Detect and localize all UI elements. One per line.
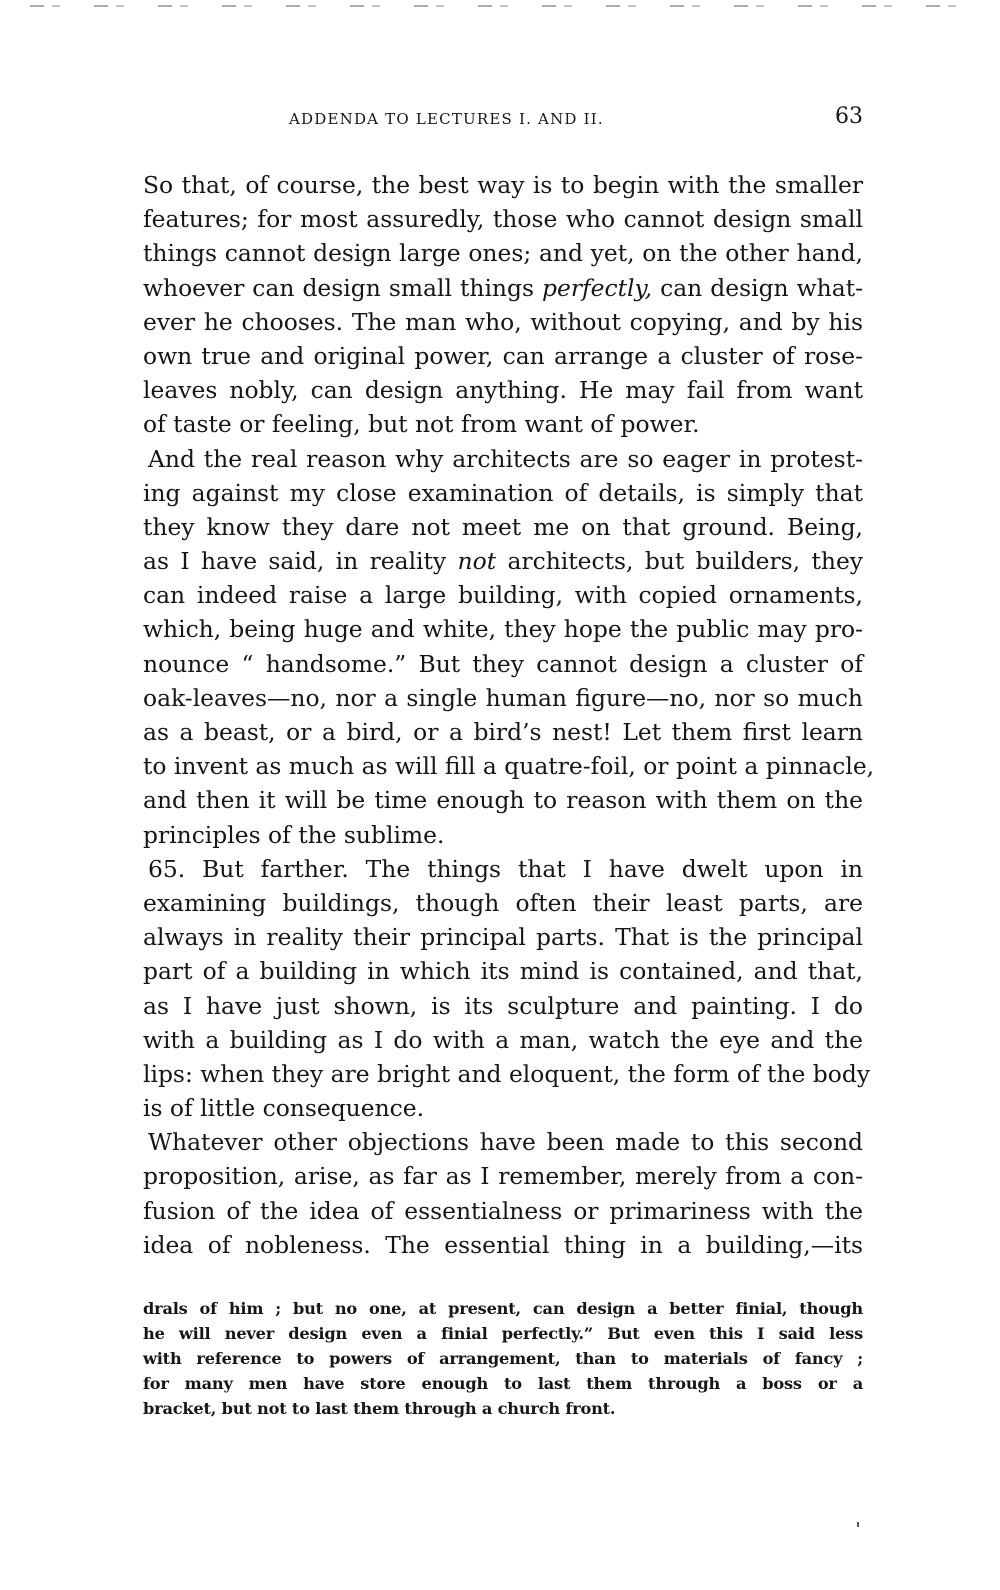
- footnote-line: for many men have store enough to last t…: [143, 1371, 863, 1396]
- text-line: features; for most assuredly, those who …: [143, 202, 863, 236]
- text-line: ever he chooses. The man who, without co…: [143, 305, 863, 339]
- text-line: to invent as much as will fill a quatre-…: [143, 749, 863, 783]
- text-line: as I have said, in reality not architect…: [143, 544, 863, 578]
- emphasis: perfectly,: [542, 274, 652, 302]
- text-line: part of a building in which its mind is …: [143, 954, 863, 988]
- text-line: as a beast, or a bird, or a bird’s nest!…: [143, 715, 863, 749]
- body-text: So that, of course, the best way is to b…: [143, 168, 863, 1262]
- text-line: fusion of the idea of essentialness or p…: [143, 1194, 863, 1228]
- paragraph-start-line: Whatever other objections have been made…: [143, 1125, 863, 1159]
- text-line: lips: when they are bright and eloquent,…: [143, 1057, 863, 1091]
- text-line: and then it will be time enough to reaso…: [143, 783, 863, 817]
- text-line: examining buildings, though often their …: [143, 886, 863, 920]
- text-line: own true and original power, can arrange…: [143, 339, 863, 373]
- text-line: whoever can design small things perfectl…: [143, 271, 863, 305]
- text-line: things cannot design large ones; and yet…: [143, 236, 863, 270]
- text-line: of taste or feeling, but not from want o…: [143, 407, 863, 441]
- running-title: ADDENDA TO LECTURES I. AND II.: [289, 110, 604, 128]
- running-head: ADDENDA TO LECTURES I. AND II. 63: [143, 104, 863, 134]
- text-line: proposition, arise, as far as I remember…: [143, 1159, 863, 1193]
- text-line: So that, of course, the best way is to b…: [143, 168, 863, 202]
- footnote-line: bracket, but not to last them through a …: [143, 1396, 863, 1421]
- paragraph-start-line: 65. But farther. The things that I have …: [143, 852, 863, 886]
- paragraph-start-line: And the real reason why architects are s…: [143, 442, 863, 476]
- footnote-line: drals of him ; but no one, at present, c…: [143, 1296, 863, 1321]
- text-line: oak-leaves—no, nor a single human figure…: [143, 681, 863, 715]
- text-line: principles of the sublime.: [143, 818, 863, 852]
- footnote-line: with reference to powers of arrangement,…: [143, 1346, 863, 1371]
- text-line: nounce “ handsome.” But they cannot desi…: [143, 647, 863, 681]
- footnote-line: he will never design even a finial perfe…: [143, 1321, 863, 1346]
- scan-edge-artifact: [30, 5, 990, 7]
- text-line: with a building as I do with a man, watc…: [143, 1023, 863, 1057]
- text-line: always in reality their principal parts.…: [143, 920, 863, 954]
- emphasis: not: [458, 547, 497, 575]
- text-line: can indeed raise a large building, with …: [143, 578, 863, 612]
- text-line: which, being huge and white, they hope t…: [143, 612, 863, 646]
- text-line: leaves nobly, can design anything. He ma…: [143, 373, 863, 407]
- text-line: they know they dare not meet me on that …: [143, 510, 863, 544]
- text-line: ing against my close examination of deta…: [143, 476, 863, 510]
- text-line: is of little consequence.: [143, 1091, 863, 1125]
- scan-speck: [857, 1522, 859, 1527]
- page-number: 63: [835, 104, 863, 129]
- text-line: as I have just shown, is its sculpture a…: [143, 989, 863, 1023]
- footnote: drals of him ; but no one, at present, c…: [143, 1296, 863, 1421]
- text-line: idea of nobleness. The essential thing i…: [143, 1228, 863, 1262]
